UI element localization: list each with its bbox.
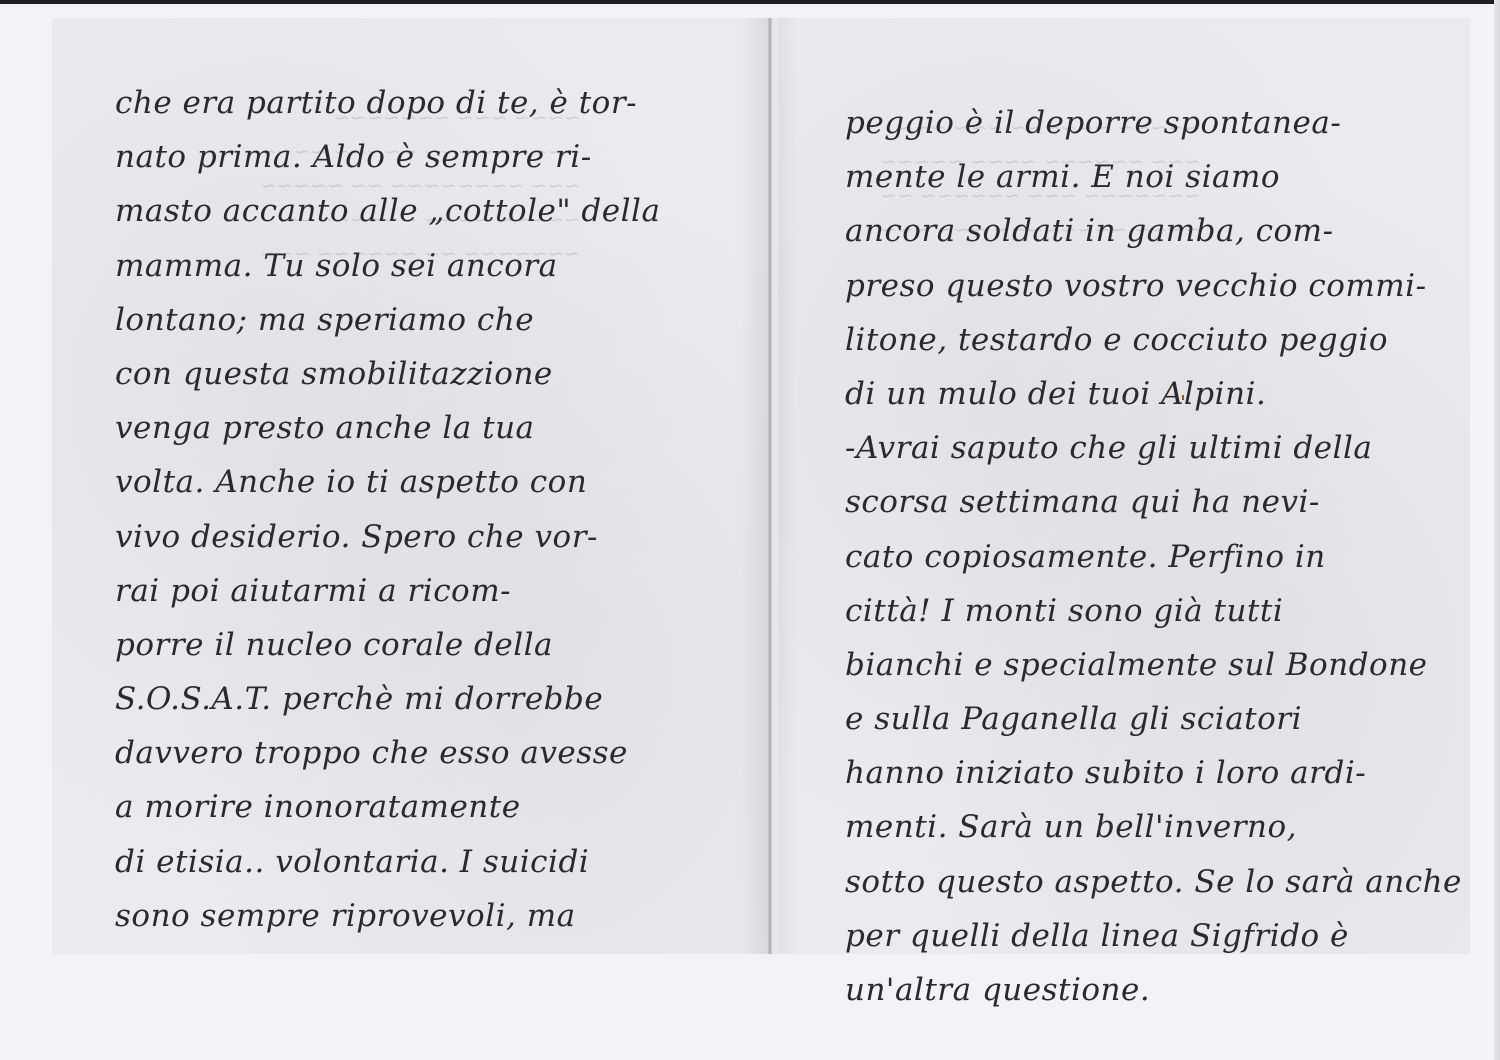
- text-line: hanno iniziato subito i loro ardi-: [845, 746, 1462, 800]
- text-line: bianchi e specialmente sul Bondone: [845, 638, 1462, 692]
- fold-shadow-right: [772, 18, 798, 954]
- text-line: per quelli della linea Sigfrido è: [845, 909, 1462, 963]
- text-line: ancora soldati in gamba, com-: [845, 204, 1462, 258]
- text-line: lontano; ma speriamo che: [115, 293, 660, 347]
- text-line: mamma. Tu solo sei ancora: [115, 239, 660, 293]
- text-line: mente le armi. E noi siamo: [845, 150, 1462, 204]
- text-line: di un mulo dei tuoi Alpini.: [845, 367, 1462, 421]
- text-line: scorsa settimana qui ha nevi-: [845, 475, 1462, 529]
- text-line: litone, testardo e cocciuto peggio: [845, 313, 1462, 367]
- right-page-text: peggio è il deporre spontanea- mente le …: [845, 96, 1462, 1017]
- text-line: porre il nucleo corale della: [115, 618, 660, 672]
- fold-shadow-left: [740, 18, 768, 954]
- text-line: S.O.S.A.T. perchè mi dorrebbe: [115, 672, 660, 726]
- text-line: sono sempre riprovevoli, ma: [115, 889, 660, 943]
- text-line: venga presto anche la tua: [115, 401, 660, 455]
- left-page-text: che era partito dopo di te, è tor- nato …: [115, 76, 660, 943]
- text-line: un'altra questione.: [845, 963, 1462, 1017]
- text-line: con questa smobilitazzione: [115, 347, 660, 401]
- text-line: di etisia.. volontaria. I suicidi: [115, 835, 660, 889]
- ink-mark: [1182, 395, 1184, 400]
- text-line: vivo desiderio. Spero che vor-: [115, 510, 660, 564]
- scanner-top-edge: [0, 0, 1500, 4]
- text-line: a morire inonoratamente: [115, 780, 660, 834]
- text-line: città! I monti sono già tutti: [845, 584, 1462, 638]
- text-line: preso questo vostro vecchio commi-: [845, 259, 1462, 313]
- text-line: cato copiosamente. Perfino in: [845, 530, 1462, 584]
- text-line: davvero troppo che esso avesse: [115, 726, 660, 780]
- scanner-right-edge: [1494, 0, 1500, 1060]
- text-line: e sulla Paganella gli sciatori: [845, 692, 1462, 746]
- text-line: nato prima. Aldo è sempre ri-: [115, 130, 660, 184]
- text-line: masto accanto alle „cottole" della: [115, 184, 660, 238]
- text-line: che era partito dopo di te, è tor-: [115, 76, 660, 130]
- text-line: sotto questo aspetto. Se lo sarà anche: [845, 855, 1462, 909]
- center-fold: [768, 18, 772, 954]
- text-line: volta. Anche io ti aspetto con: [115, 455, 660, 509]
- text-line: -Avrai saputo che gli ultimi della: [845, 421, 1462, 475]
- text-line: rai poi aiutarmi a ricom-: [115, 564, 660, 618]
- text-line: menti. Sarà un bell'inverno,: [845, 800, 1462, 854]
- letter-scan: ~~~~ ~~~ ~~~~~~~ ~~~~~~ ~~~ ~~~~~ ~~~~ ~…: [0, 0, 1500, 1060]
- text-line: peggio è il deporre spontanea-: [845, 96, 1462, 150]
